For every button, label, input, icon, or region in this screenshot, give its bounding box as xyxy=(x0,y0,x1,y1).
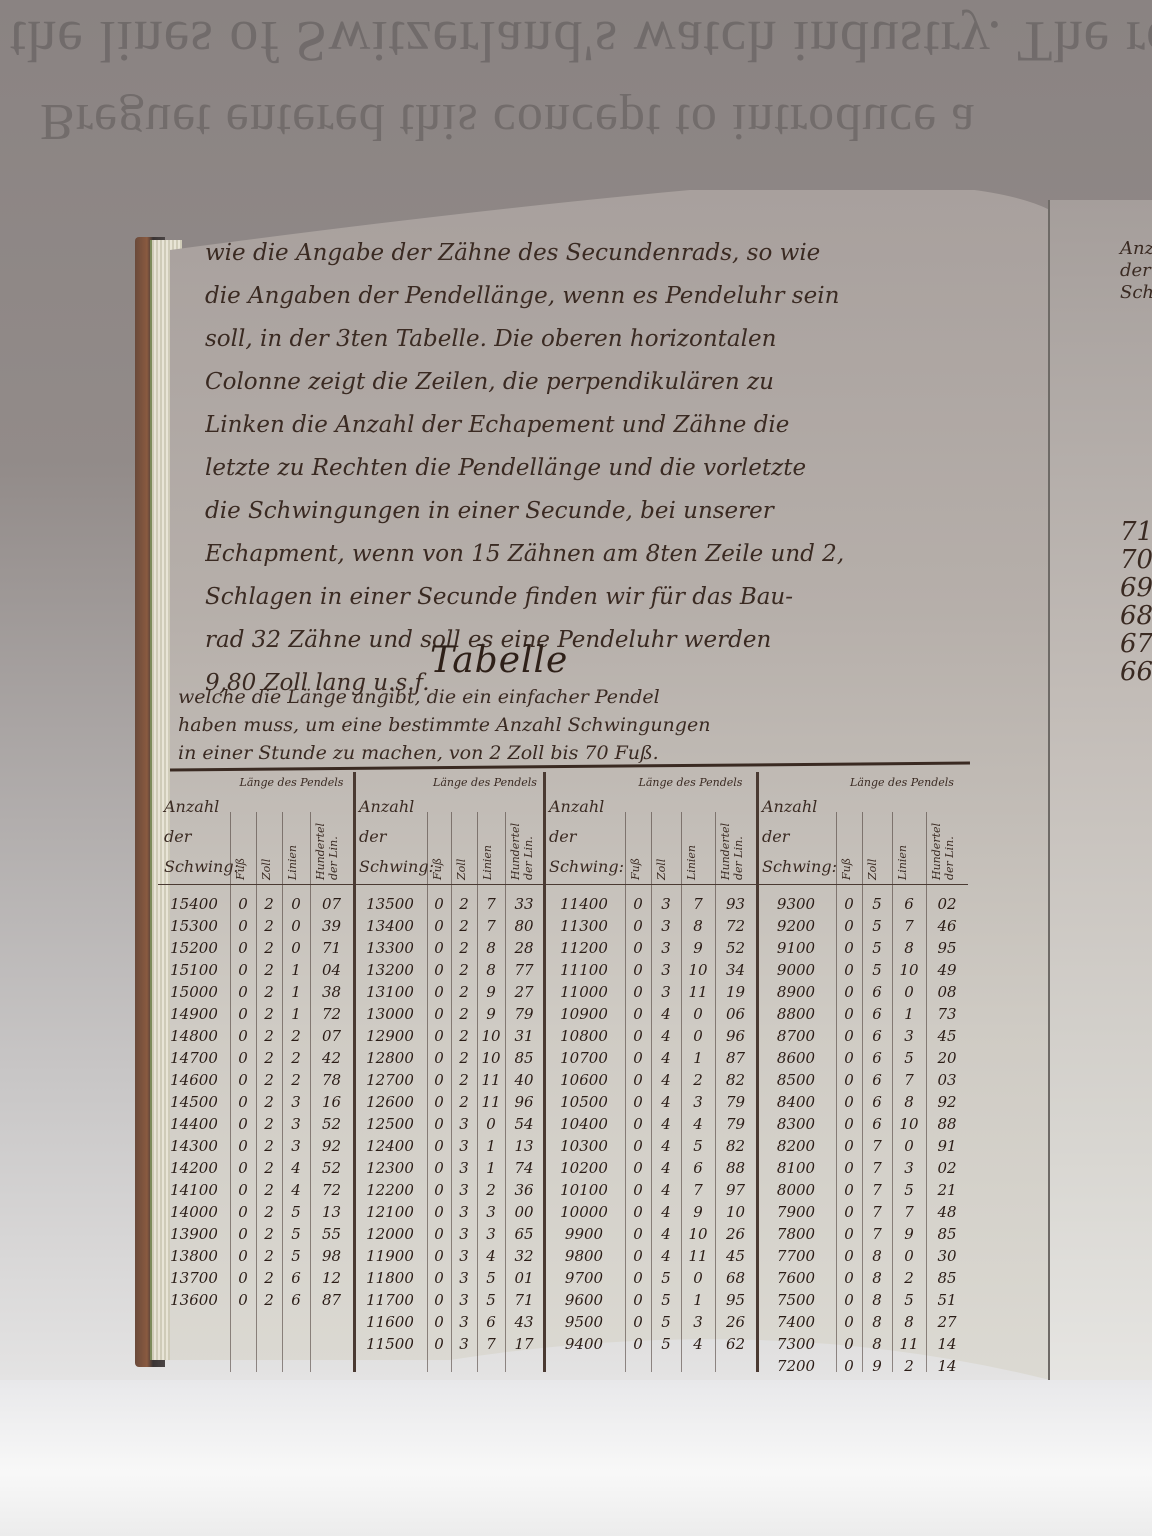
unit-subheader: Hundertel der Lin. xyxy=(719,822,745,880)
table-row: 1500002138 xyxy=(158,981,353,1003)
lines-cell: 9 xyxy=(681,1203,715,1221)
hundredths-cell: 07 xyxy=(310,895,353,913)
inches-cell: 6 xyxy=(862,1115,892,1133)
hundredths-cell: 31 xyxy=(505,1027,543,1045)
hundredths-cell: 72 xyxy=(715,917,756,935)
feet-cell: 0 xyxy=(625,1203,651,1221)
unit-subheader: Hundertel der Lin. xyxy=(509,822,535,880)
lines-cell: 8 xyxy=(892,939,926,957)
hundredths-cell: 96 xyxy=(715,1027,756,1045)
inches-cell: 3 xyxy=(651,917,681,935)
table-title: Tabelle xyxy=(430,640,568,681)
lines-cell: 4 xyxy=(282,1181,310,1199)
table-row: 1530002039 xyxy=(158,915,353,937)
oscillations-cell: 11000 xyxy=(543,983,625,1001)
inches-cell: 9 xyxy=(862,1357,892,1375)
oscillations-cell: 7900 xyxy=(756,1203,836,1221)
table-row: 1220003236 xyxy=(353,1179,543,1201)
oscillations-cell: 9600 xyxy=(543,1291,625,1309)
unit-subheader: Linien xyxy=(286,822,299,880)
hundredths-cell: 93 xyxy=(715,895,756,913)
oscillations-cell: 12200 xyxy=(353,1181,427,1199)
oscillations-cell: 11500 xyxy=(353,1335,427,1353)
oscillations-cell: 8600 xyxy=(756,1049,836,1067)
lines-cell: 11 xyxy=(892,1335,926,1353)
hundredths-cell: 82 xyxy=(715,1137,756,1155)
unit-subheader: Fuß xyxy=(840,822,853,880)
feet-cell: 0 xyxy=(230,961,256,979)
hundredths-cell: 08 xyxy=(926,983,968,1001)
table-row: 1160003643 xyxy=(353,1311,543,1333)
inches-cell: 4 xyxy=(651,1181,681,1199)
lines-cell: 5 xyxy=(282,1225,310,1243)
feet-cell: 0 xyxy=(427,1115,451,1133)
hundredths-cell: 32 xyxy=(505,1247,543,1265)
lines-cell: 5 xyxy=(477,1291,505,1309)
feet-cell: 0 xyxy=(836,1225,862,1243)
lines-cell: 3 xyxy=(681,1313,715,1331)
inches-cell: 2 xyxy=(256,1115,282,1133)
hundredths-cell: 33 xyxy=(505,895,543,913)
inches-cell: 2 xyxy=(451,961,477,979)
lines-cell: 6 xyxy=(681,1159,715,1177)
inches-cell: 2 xyxy=(451,917,477,935)
lines-cell: 11 xyxy=(681,983,715,1001)
right-page-digits: 71 70 69 68 67 66 xyxy=(1120,518,1152,686)
lines-cell: 5 xyxy=(892,1049,926,1067)
inches-cell: 2 xyxy=(256,1093,282,1111)
feet-cell: 0 xyxy=(427,1049,451,1067)
inches-cell: 2 xyxy=(256,1291,282,1309)
inches-cell: 3 xyxy=(651,939,681,957)
feet-cell: 0 xyxy=(625,1247,651,1265)
prose-line: die Schwingungen in einer Secunde, bei u… xyxy=(205,490,965,533)
inches-cell: 4 xyxy=(651,1071,681,1089)
table-row: 860006520 xyxy=(756,1047,968,1069)
inches-cell: 8 xyxy=(862,1291,892,1309)
hundredths-cell: 92 xyxy=(310,1137,353,1155)
lines-cell: 0 xyxy=(892,1247,926,1265)
feet-cell: 0 xyxy=(427,1335,451,1353)
handwritten-paragraph: wie die Angabe der Zähne des Secundenrad… xyxy=(205,232,965,705)
oscillations-cell: 8800 xyxy=(756,1005,836,1023)
hundredths-cell: 14 xyxy=(926,1335,968,1353)
oscillations-cell: 10700 xyxy=(543,1049,625,1067)
hundredths-cell: 71 xyxy=(310,939,353,957)
oscillations-cell: 10800 xyxy=(543,1027,625,1045)
table-header: Anzahl der Schwing:Länge des PendelsFußZ… xyxy=(353,772,543,885)
table-row: 1340002780 xyxy=(353,915,543,937)
inches-cell: 2 xyxy=(451,939,477,957)
inches-cell: 2 xyxy=(256,983,282,1001)
lines-cell: 0 xyxy=(282,917,310,935)
feet-cell: 0 xyxy=(625,1049,651,1067)
inches-cell: 4 xyxy=(651,1115,681,1133)
feet-cell: 0 xyxy=(836,1269,862,1287)
oscillations-cell: 14400 xyxy=(158,1115,230,1133)
table-row: 11000031119 xyxy=(543,981,756,1003)
lines-cell: 10 xyxy=(892,1115,926,1133)
unit-subheader: Linien xyxy=(896,822,909,880)
oscillations-cell: 13900 xyxy=(158,1225,230,1243)
inches-cell: 7 xyxy=(862,1137,892,1155)
feet-cell: 0 xyxy=(427,1181,451,1199)
table-row: 790007748 xyxy=(756,1201,968,1223)
oscillations-cell: 10600 xyxy=(543,1071,625,1089)
lines-cell: 0 xyxy=(892,1137,926,1155)
unit-subheader: Fuß xyxy=(629,822,642,880)
hundredths-cell: 52 xyxy=(310,1159,353,1177)
table-row: 960005195 xyxy=(543,1289,756,1311)
hundredths-cell: 19 xyxy=(715,983,756,1001)
oscillations-cell: 11800 xyxy=(353,1269,427,1287)
inches-cell: 2 xyxy=(256,1159,282,1177)
lines-cell: 10 xyxy=(477,1049,505,1067)
feet-cell: 0 xyxy=(836,1313,862,1331)
hundredths-cell: 20 xyxy=(926,1049,968,1067)
lines-cell: 10 xyxy=(681,961,715,979)
oscillations-cell: 8400 xyxy=(756,1093,836,1111)
lines-cell: 10 xyxy=(892,961,926,979)
feet-cell: 0 xyxy=(836,961,862,979)
inches-cell: 7 xyxy=(862,1159,892,1177)
feet-cell: 0 xyxy=(836,1159,862,1177)
lines-cell: 11 xyxy=(681,1247,715,1265)
inches-cell: 2 xyxy=(451,1027,477,1045)
feet-cell: 0 xyxy=(836,1027,862,1045)
inches-cell: 4 xyxy=(651,1049,681,1067)
unit-subheader: Zoll xyxy=(655,822,668,880)
feet-cell: 0 xyxy=(230,939,256,957)
table-row: 11100031034 xyxy=(543,959,756,981)
table-row: 840006892 xyxy=(756,1091,968,1113)
table-row: 1480002207 xyxy=(158,1025,353,1047)
inches-cell: 2 xyxy=(256,939,282,957)
inches-cell: 6 xyxy=(862,1093,892,1111)
pendulum-length-header: Länge des Pendels xyxy=(625,776,756,790)
oscillation-count-header: Anzahl der Schwing: xyxy=(549,792,619,882)
inches-cell: 2 xyxy=(256,1049,282,1067)
lines-cell: 7 xyxy=(892,917,926,935)
inches-cell: 2 xyxy=(256,917,282,935)
feet-cell: 0 xyxy=(625,1115,651,1133)
inches-cell: 2 xyxy=(256,1137,282,1155)
table-row: 870006345 xyxy=(756,1025,968,1047)
feet-cell: 0 xyxy=(230,917,256,935)
inches-cell: 4 xyxy=(651,1225,681,1243)
table-row: 720009214 xyxy=(756,1355,968,1377)
table-row: 12700021140 xyxy=(353,1069,543,1091)
inches-cell: 5 xyxy=(862,961,892,979)
lines-cell: 3 xyxy=(892,1027,926,1045)
inches-cell: 6 xyxy=(862,1005,892,1023)
table-row: 1070004187 xyxy=(543,1047,756,1069)
table-row: 7300081114 xyxy=(756,1333,968,1355)
oscillations-cell: 13200 xyxy=(353,961,427,979)
feet-cell: 0 xyxy=(836,1005,862,1023)
hundredths-cell: 71 xyxy=(505,1291,543,1309)
hundredths-cell: 04 xyxy=(310,961,353,979)
oscillations-cell: 11300 xyxy=(543,917,625,935)
feet-cell: 0 xyxy=(625,1071,651,1089)
feet-cell: 0 xyxy=(427,1137,451,1155)
table-row: 1460002278 xyxy=(158,1069,353,1091)
table-row: 1060004282 xyxy=(543,1069,756,1091)
table-row: 1380002598 xyxy=(158,1245,353,1267)
table-row: 1040004479 xyxy=(543,1113,756,1135)
oscillations-cell: 9400 xyxy=(543,1335,625,1353)
table-column-group: Anzahl der Schwing:Länge des PendelsFußZ… xyxy=(756,772,968,1372)
hundredths-cell: 27 xyxy=(926,1313,968,1331)
table-row: 850006703 xyxy=(756,1069,968,1091)
oscillations-cell: 15400 xyxy=(158,895,230,913)
inches-cell: 2 xyxy=(256,1027,282,1045)
hundredths-cell: 36 xyxy=(505,1181,543,1199)
lines-cell: 0 xyxy=(681,1005,715,1023)
unit-subheader: Fuß xyxy=(431,822,444,880)
table-row: 1300002979 xyxy=(353,1003,543,1025)
oscillations-cell: 7700 xyxy=(756,1247,836,1265)
inches-cell: 3 xyxy=(451,1115,477,1133)
lines-cell: 2 xyxy=(282,1027,310,1045)
oscillations-cell: 14900 xyxy=(158,1005,230,1023)
lines-cell: 3 xyxy=(282,1115,310,1133)
lines-cell: 11 xyxy=(477,1093,505,1111)
hundredths-cell: 79 xyxy=(715,1115,756,1133)
lines-cell: 7 xyxy=(681,895,715,913)
hundredths-cell: 26 xyxy=(715,1225,756,1243)
hundredths-cell: 97 xyxy=(715,1181,756,1199)
inches-cell: 6 xyxy=(862,1049,892,1067)
hundredths-cell: 30 xyxy=(926,1247,968,1265)
feet-cell: 0 xyxy=(230,1071,256,1089)
feet-cell: 0 xyxy=(427,1203,451,1221)
inches-cell: 7 xyxy=(862,1225,892,1243)
oscillations-cell: 13000 xyxy=(353,1005,427,1023)
oscillations-cell: 11200 xyxy=(543,939,625,957)
table-row: 1090004006 xyxy=(543,1003,756,1025)
lines-cell: 10 xyxy=(681,1225,715,1243)
feet-cell: 0 xyxy=(230,1137,256,1155)
lines-cell: 0 xyxy=(681,1269,715,1287)
feet-cell: 0 xyxy=(836,1137,862,1155)
feet-cell: 0 xyxy=(625,895,651,913)
oscillations-cell: 13800 xyxy=(158,1247,230,1265)
table-column-group: Anzahl der Schwing:Länge des PendelsFußZ… xyxy=(158,772,356,1372)
hundredths-cell: 78 xyxy=(310,1071,353,1089)
inches-cell: 8 xyxy=(862,1313,892,1331)
unit-subheader: Linien xyxy=(685,822,698,880)
table-row: 1120003952 xyxy=(543,937,756,959)
feet-cell: 0 xyxy=(836,1203,862,1221)
table-row: 940005462 xyxy=(543,1333,756,1355)
oscillations-cell: 12800 xyxy=(353,1049,427,1067)
table-row: 880006173 xyxy=(756,1003,968,1025)
feet-cell: 0 xyxy=(427,917,451,935)
lines-cell: 5 xyxy=(892,1181,926,1199)
table-row: 800007521 xyxy=(756,1179,968,1201)
hundredths-cell: 95 xyxy=(926,939,968,957)
oscillations-cell: 9500 xyxy=(543,1313,625,1331)
table-row: 1200003365 xyxy=(353,1223,543,1245)
table-row: 1490002172 xyxy=(158,1003,353,1025)
hundredths-cell: 91 xyxy=(926,1137,968,1155)
feet-cell: 0 xyxy=(427,1093,451,1111)
inches-cell: 5 xyxy=(651,1291,681,1309)
hundredths-cell: 07 xyxy=(310,1027,353,1045)
lines-cell: 3 xyxy=(892,1159,926,1177)
inches-cell: 5 xyxy=(651,1335,681,1353)
hundredths-cell: 62 xyxy=(715,1335,756,1353)
table-row: 8300061088 xyxy=(756,1113,968,1135)
feet-cell: 0 xyxy=(230,1225,256,1243)
inches-cell: 2 xyxy=(256,895,282,913)
hundredths-cell: 82 xyxy=(715,1071,756,1089)
feet-cell: 0 xyxy=(625,1225,651,1243)
table-row: 1430002392 xyxy=(158,1135,353,1157)
inches-cell: 3 xyxy=(451,1159,477,1177)
lines-cell: 3 xyxy=(477,1203,505,1221)
oscillations-cell: 12300 xyxy=(353,1159,427,1177)
hundredths-cell: 85 xyxy=(926,1225,968,1243)
lines-cell: 6 xyxy=(892,895,926,913)
feet-cell: 0 xyxy=(625,917,651,935)
table-row: 12600021196 xyxy=(353,1091,543,1113)
lines-cell: 7 xyxy=(892,1071,926,1089)
lines-cell: 11 xyxy=(477,1071,505,1089)
inches-cell: 6 xyxy=(862,1027,892,1045)
table-row: 970005068 xyxy=(543,1267,756,1289)
lines-cell: 1 xyxy=(477,1137,505,1155)
oscillations-cell: 15100 xyxy=(158,961,230,979)
table-row: 1230003174 xyxy=(353,1157,543,1179)
feet-cell: 0 xyxy=(427,939,451,957)
feet-cell: 0 xyxy=(836,1357,862,1375)
hundredths-cell: 87 xyxy=(715,1049,756,1067)
oscillations-cell: 8900 xyxy=(756,983,836,1001)
inches-cell: 3 xyxy=(451,1291,477,1309)
inches-cell: 7 xyxy=(862,1203,892,1221)
table-row: 810007302 xyxy=(756,1157,968,1179)
lines-cell: 7 xyxy=(477,917,505,935)
feet-cell: 0 xyxy=(427,1313,451,1331)
table-row: 1390002555 xyxy=(158,1223,353,1245)
lines-cell: 0 xyxy=(282,939,310,957)
table-row: 1130003872 xyxy=(543,915,756,937)
oscillations-cell: 8300 xyxy=(756,1115,836,1133)
feet-cell: 0 xyxy=(836,1115,862,1133)
feet-cell: 0 xyxy=(230,1247,256,1265)
table-row: 12900021031 xyxy=(353,1025,543,1047)
oscillations-cell: 7800 xyxy=(756,1225,836,1243)
oscillations-cell: 8500 xyxy=(756,1071,836,1089)
table-row: 760008285 xyxy=(756,1267,968,1289)
inches-cell: 8 xyxy=(862,1335,892,1353)
oscillations-cell: 13600 xyxy=(158,1291,230,1309)
unit-subheader: Zoll xyxy=(455,822,468,880)
inches-cell: 4 xyxy=(651,1005,681,1023)
feet-cell: 0 xyxy=(427,1269,451,1287)
prose-line: wie die Angabe der Zähne des Secundenrad… xyxy=(205,232,965,275)
oscillations-cell: 9800 xyxy=(543,1247,625,1265)
lines-cell: 1 xyxy=(282,961,310,979)
feet-cell: 0 xyxy=(836,917,862,935)
lines-cell: 5 xyxy=(892,1291,926,1309)
feet-cell: 0 xyxy=(625,961,651,979)
oscillations-cell: 14300 xyxy=(158,1137,230,1155)
table-row: 1360002687 xyxy=(158,1289,353,1311)
unit-subheader: Hundertel der Lin. xyxy=(314,822,340,880)
feet-cell: 0 xyxy=(427,1291,451,1309)
oscillations-cell: 15000 xyxy=(158,983,230,1001)
hundredths-cell: 54 xyxy=(505,1115,543,1133)
inches-cell: 4 xyxy=(651,1203,681,1221)
lines-cell: 2 xyxy=(681,1071,715,1089)
oscillations-cell: 7200 xyxy=(756,1357,836,1375)
hundredths-cell: 21 xyxy=(926,1181,968,1199)
lines-cell: 6 xyxy=(282,1291,310,1309)
table-row: 1250003054 xyxy=(353,1113,543,1135)
lines-cell: 1 xyxy=(892,1005,926,1023)
feet-cell: 0 xyxy=(230,1291,256,1309)
hundredths-cell: 96 xyxy=(505,1093,543,1111)
hundredths-cell: 73 xyxy=(926,1005,968,1023)
feet-cell: 0 xyxy=(625,939,651,957)
hundredths-cell: 43 xyxy=(505,1313,543,1331)
feet-cell: 0 xyxy=(427,1225,451,1243)
inches-cell: 5 xyxy=(862,939,892,957)
table-row: 740008827 xyxy=(756,1311,968,1333)
hundredths-cell: 01 xyxy=(505,1269,543,1287)
table-row: 9000051049 xyxy=(756,959,968,981)
unit-subheader: Zoll xyxy=(260,822,273,880)
oscillations-cell: 9100 xyxy=(756,939,836,957)
hundredths-cell: 48 xyxy=(926,1203,968,1221)
inches-cell: 5 xyxy=(862,917,892,935)
inches-cell: 5 xyxy=(862,895,892,913)
oscillations-cell: 11900 xyxy=(353,1247,427,1265)
lines-cell: 0 xyxy=(892,983,926,1001)
oscillations-cell: 12400 xyxy=(353,1137,427,1155)
hundredths-cell: 39 xyxy=(310,917,353,935)
oscillations-cell: 12700 xyxy=(353,1071,427,1089)
inches-cell: 2 xyxy=(256,1247,282,1265)
feet-cell: 0 xyxy=(836,1335,862,1353)
table-row: 1320002877 xyxy=(353,959,543,981)
oscillations-cell: 7600 xyxy=(756,1269,836,1287)
oscillations-cell: 11100 xyxy=(543,961,625,979)
hundredths-cell: 79 xyxy=(505,1005,543,1023)
hundredths-cell: 45 xyxy=(715,1247,756,1265)
lines-cell: 4 xyxy=(681,1335,715,1353)
inches-cell: 5 xyxy=(651,1313,681,1331)
lines-cell: 2 xyxy=(892,1357,926,1375)
oscillations-cell: 13500 xyxy=(353,895,427,913)
inches-cell: 3 xyxy=(451,1247,477,1265)
inches-cell: 3 xyxy=(451,1203,477,1221)
lines-cell: 9 xyxy=(477,1005,505,1023)
feet-cell: 0 xyxy=(230,1005,256,1023)
hundredths-cell: 16 xyxy=(310,1093,353,1111)
oscillations-cell: 11700 xyxy=(353,1291,427,1309)
lines-cell: 7 xyxy=(477,895,505,913)
feet-cell: 0 xyxy=(836,1049,862,1067)
table-row: 9900041026 xyxy=(543,1223,756,1245)
inches-cell: 8 xyxy=(862,1247,892,1265)
oscillations-cell: 10900 xyxy=(543,1005,625,1023)
oscillations-cell: 9000 xyxy=(756,961,836,979)
lines-cell: 0 xyxy=(282,895,310,913)
